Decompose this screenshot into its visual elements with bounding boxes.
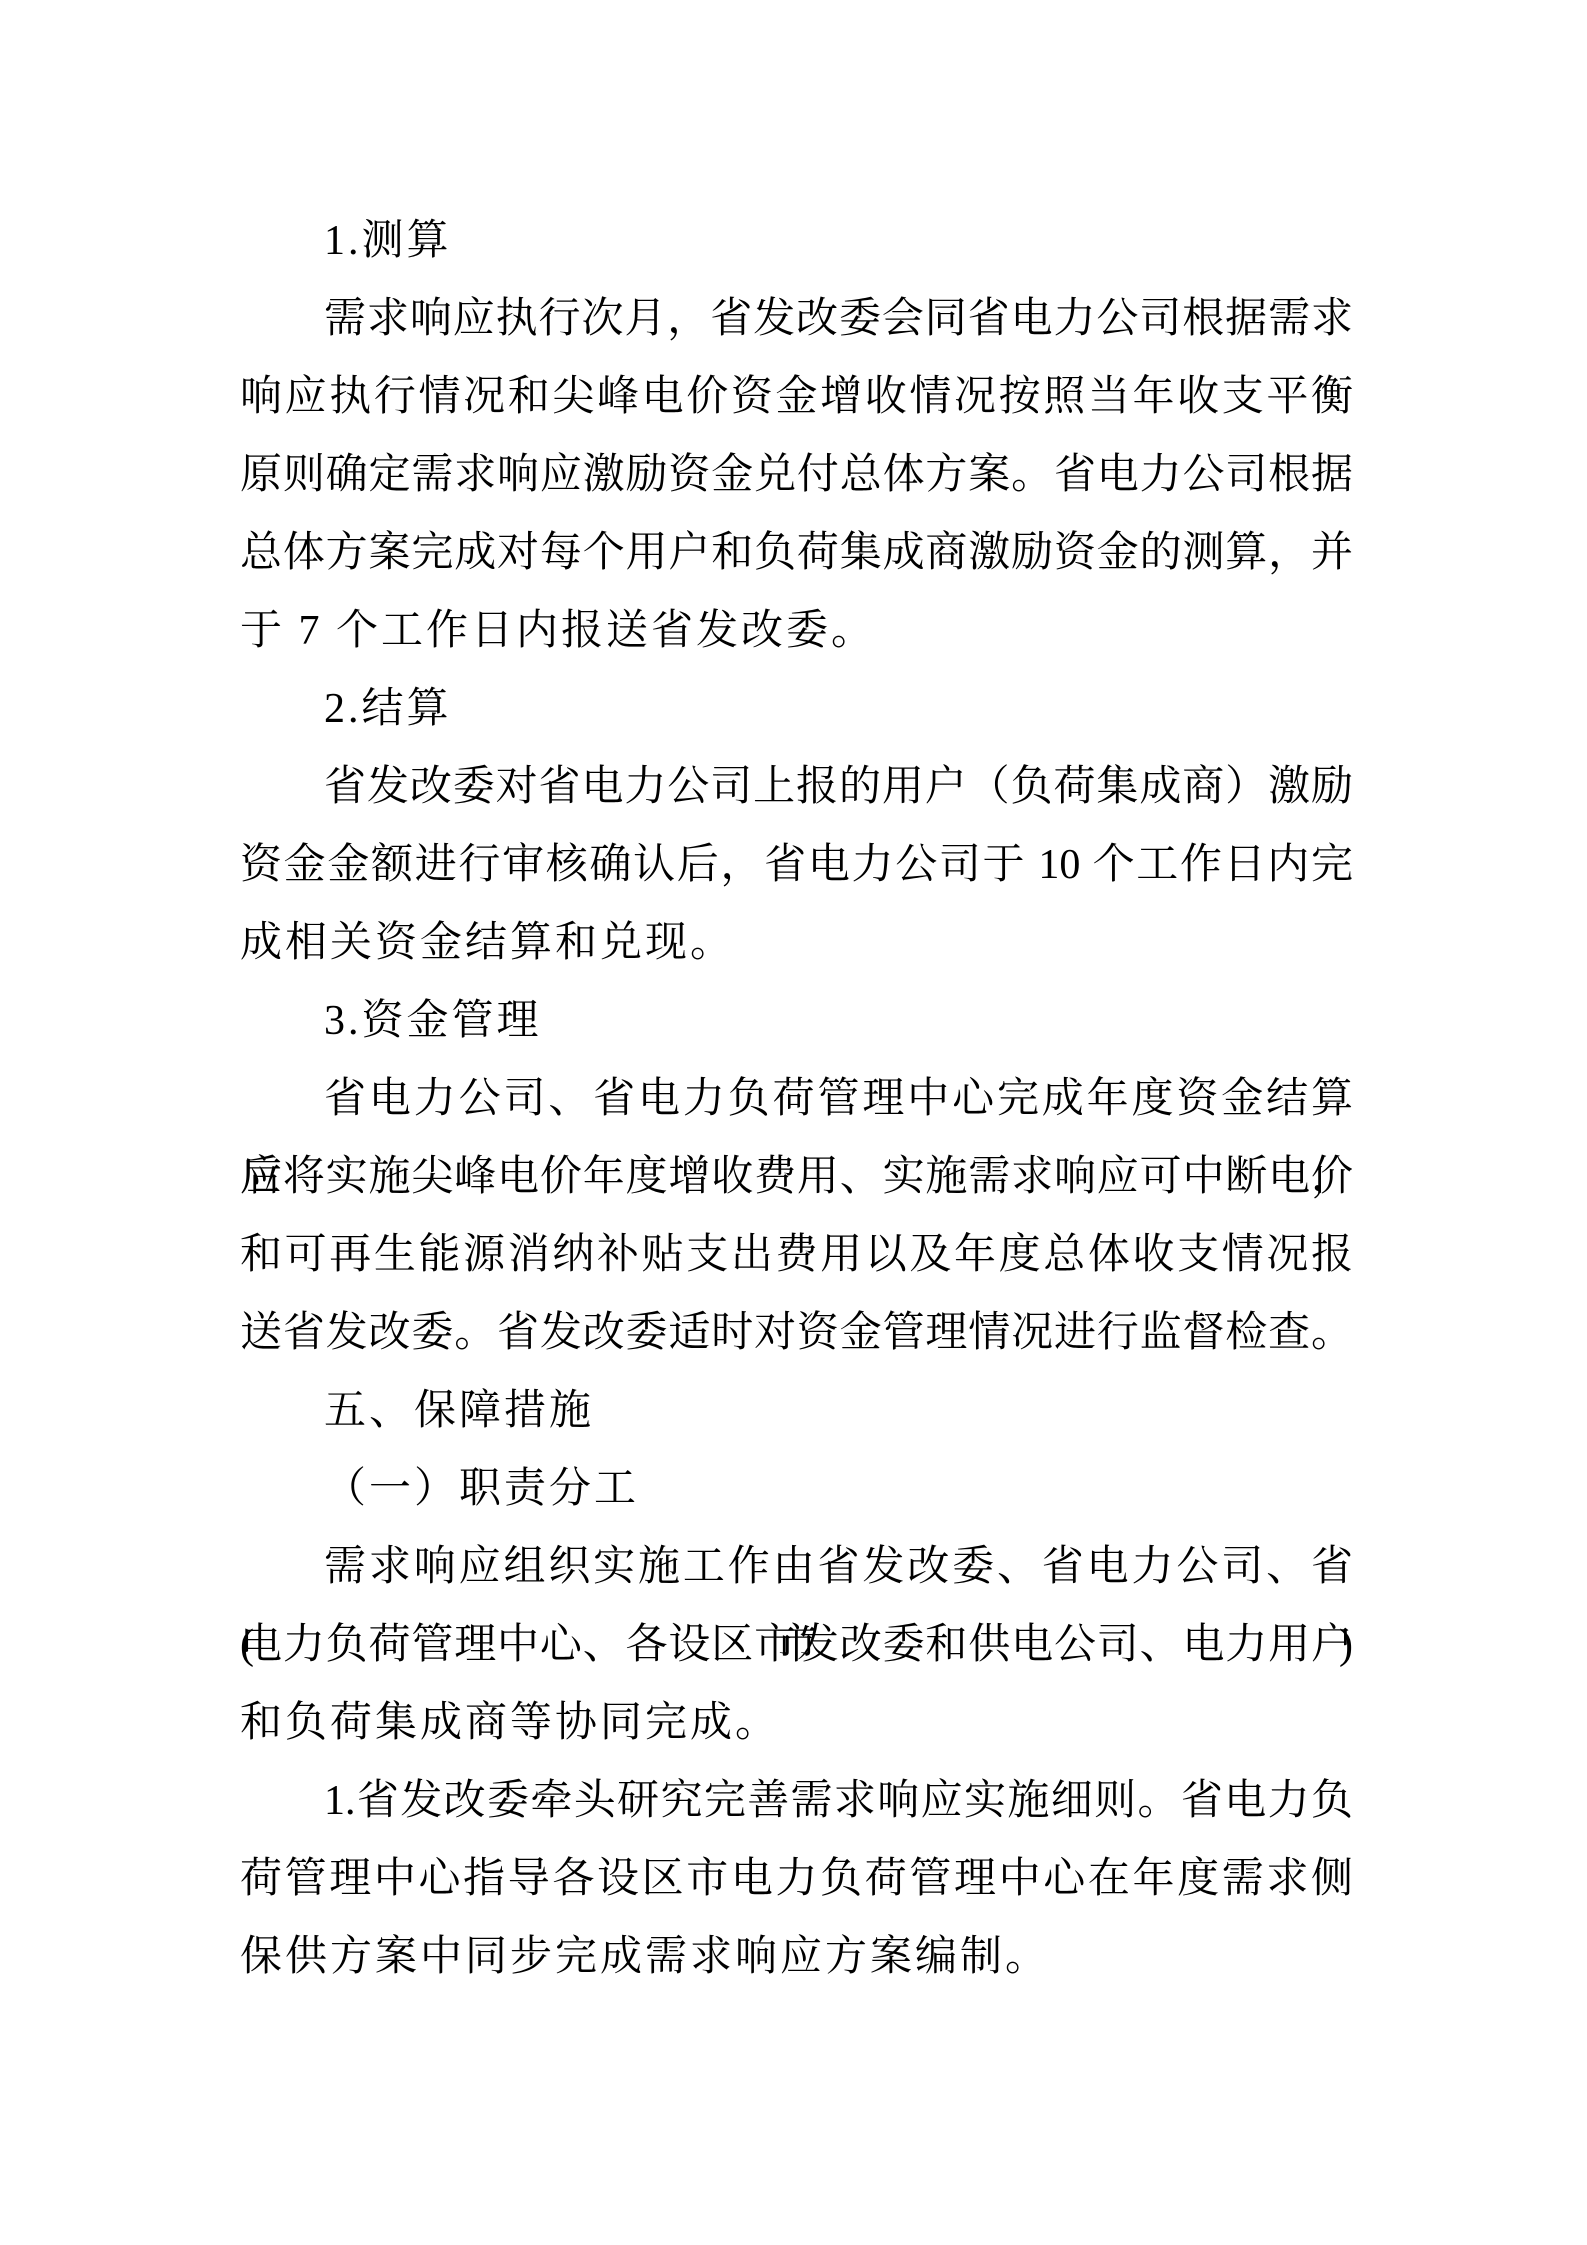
paragraph-line: 省电力公司、省电力负荷管理中心完成年度资金结算后， [240, 1060, 1353, 1138]
numbered-heading-1: 1.测算 [240, 202, 1353, 280]
paragraph-line: 应将实施尖峰电价年度增收费用、实施需求响应可中断电价 [240, 1138, 1353, 1216]
paragraph-line: 成相关资金结算和兑现。 [240, 904, 1353, 982]
paragraph-line: 和可再生能源消纳补贴支出费用以及年度总体收支情况报 [240, 1216, 1353, 1294]
paragraph-line: 和负荷集成商等协同完成。 [240, 1684, 1353, 1762]
paragraph-line: 于 7 个工作日内报送省发改委。 [240, 592, 1353, 670]
section-heading-five: 五、保障措施 [240, 1372, 1353, 1450]
paragraph-line: 荷管理中心指导各设区市电力负荷管理中心在年度需求侧 [240, 1840, 1353, 1918]
numbered-heading-2: 2.结算 [240, 670, 1353, 748]
paragraph-line: 电力负荷管理中心、各设区市发改委和供电公司、电力用户 [240, 1606, 1353, 1684]
paragraph-line: 1.省发改委牵头研究完善需求响应实施细则。省电力负 [240, 1762, 1353, 1840]
numbered-heading-3: 3.资金管理 [240, 982, 1353, 1060]
paragraph-line: 送省发改委。省发改委适时对资金管理情况进行监督检查。 [240, 1294, 1353, 1372]
paragraph-line: 保供方案中同步完成需求响应方案编制。 [240, 1918, 1353, 1996]
paragraph-line: 原则确定需求响应激励资金兑付总体方案。省电力公司根据 [240, 436, 1353, 514]
subsection-heading-1: （一）职责分工 [240, 1450, 1353, 1528]
paragraph-line: 省发改委对省电力公司上报的用户（负荷集成商）激励 [240, 748, 1353, 826]
paragraph-line: 响应执行情况和尖峰电价资金增收情况按照当年收支平衡 [240, 358, 1353, 436]
paragraph-line: 总体方案完成对每个用户和负荷集成商激励资金的测算，并 [240, 514, 1353, 592]
paragraph-line: 需求响应组织实施工作由省发改委、省电力公司、省(市) [240, 1528, 1353, 1606]
document-body: 1.测算 需求响应执行次月，省发改委会同省电力公司根据需求 响应执行情况和尖峰电… [240, 202, 1353, 1996]
paragraph-line: 资金金额进行审核确认后，省电力公司于 10 个工作日内完 [240, 826, 1353, 904]
paragraph-line: 需求响应执行次月，省发改委会同省电力公司根据需求 [240, 280, 1353, 358]
document-page: 1.测算 需求响应执行次月，省发改委会同省电力公司根据需求 响应执行情况和尖峰电… [0, 0, 1587, 2245]
